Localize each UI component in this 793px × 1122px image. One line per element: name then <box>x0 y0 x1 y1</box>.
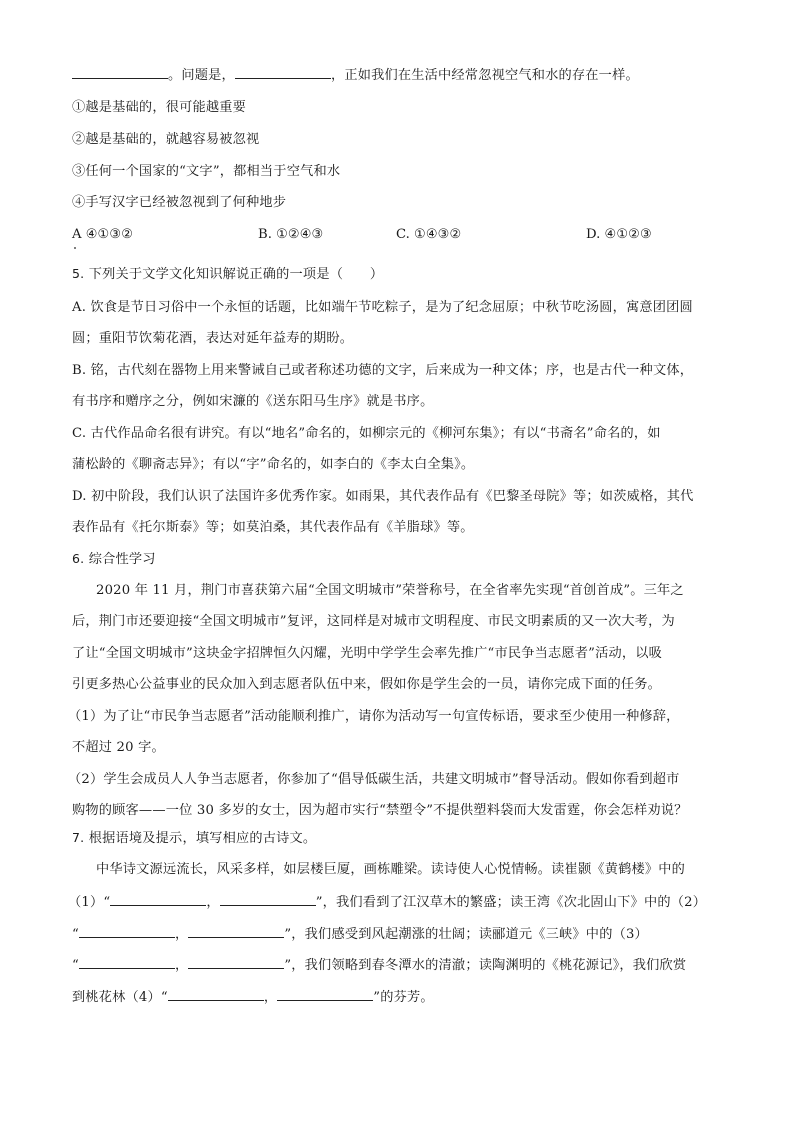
q4-sentence: 。问题是，，正如我们在生活中经常忽视空气和水的存在一样。 <box>72 66 639 85</box>
q5-option-a-line2: 圆；重阳节饮菊花酒，表达对延年益寿的期盼。 <box>72 330 353 348</box>
q6-sub1-line2: 不超过 20 字。 <box>72 739 165 757</box>
q5-option-c-line1: C. 古代作品命名很有讲究。有以“地名”命名的，如柳宗元的《柳河东集》；有以“书… <box>72 425 661 443</box>
q7-line3: “，”，我们感受到风起潮涨的壮阔；读郦道元《三峡》中的（3） <box>72 925 648 944</box>
q5-option-c-line2: 蒲松龄的《聊斋志异》；有以“字”命名的，如李白的《李太白全集》。 <box>72 456 474 474</box>
q7-line5: 到桃花林（4）“，”的芬芳。 <box>72 988 434 1007</box>
poem-blank-3a[interactable] <box>79 956 175 969</box>
q5-option-b-line2: 有书序和赠序之分，例如宋濂的《送东阳马生序》就是书序。 <box>72 393 433 411</box>
stray-dot <box>74 247 76 249</box>
q4-option-d[interactable]: D. ④①②③ <box>586 226 652 244</box>
q4-option-b[interactable]: B. ①②④③ <box>258 226 323 244</box>
q6-para-line1: 2020 年 11 月，荆门市喜获第六届“全国文明城市”荣誉称号，在全省率先实现… <box>70 582 684 600</box>
q6-para-line4: 引更多热心公益事业的民众加入到志愿者队伍中来，假如你是学生会的一员，请你完成下面… <box>72 676 661 694</box>
q6-para-line2: 后，荆门市还要迎接“全国文明城市”复评，这同样是对城市文明程度、市民文明素质的又… <box>72 613 675 631</box>
q5-option-d-line2: 表作品有《托尔斯泰》等；如莫泊桑，其代表作品有《羊脂球》等。 <box>72 519 474 537</box>
poem-blank-1a[interactable] <box>110 893 206 906</box>
q6-sub2-line1: （2）学生会成员人人争当志愿者，你参加了“倡导低碳生活，共建文明城市”督导活动。… <box>68 771 680 789</box>
q5-option-a-line1: A. 饮食是节日习俗中一个永恒的话题，比如端午节吃粽子，是为了纪念屈原；中秋节吃… <box>72 299 693 317</box>
poem-blank-4b[interactable] <box>277 988 373 1001</box>
q5-stem: 5. 下列关于文学文化知识解说正确的一项是（ ） <box>72 265 383 284</box>
q6-para-line3: 了让“全国文明城市”这块金字招牌恒久闪耀，光明中学学生会率先推广“市民争当志愿者… <box>72 645 662 663</box>
q4-option-c[interactable]: C. ①④③② <box>396 226 461 244</box>
answer-blank[interactable] <box>235 66 331 79</box>
poem-blank-4a[interactable] <box>168 988 264 1001</box>
q6-sub1-line1: （1）为了让“市民争当志愿者”活动能顺利推广，请你为活动写一句宣传标语，要求至少… <box>68 708 680 726</box>
q5-option-d-line1: D. 初中阶段，我们认识了法国许多优秀作家。如雨果，其代表作品有《巴黎圣母院》等… <box>72 488 694 506</box>
poem-blank-2a[interactable] <box>79 925 175 938</box>
poem-blank-2b[interactable] <box>188 925 284 938</box>
q4-item-2: ②越是基础的，就越容易被忽视 <box>72 131 259 149</box>
poem-blank-3b[interactable] <box>188 956 284 969</box>
q4-item-1: ①越是基础的，很可能越重要 <box>72 99 246 117</box>
answer-blank[interactable] <box>72 66 168 79</box>
q5-option-b-line1: B. 铭，古代刻在器物上用来警诫自己或者称述功德的文字，后来成为一种文体；序，也… <box>72 362 693 380</box>
q4-item-4: ④手写汉字已经被忽视到了何种地步 <box>72 194 286 212</box>
q7-stem: 7. 根据语境及提示，填写相应的古诗文。 <box>72 829 316 848</box>
q6-sub2-line2: 购物的顾客——一位 30 多岁的女士，因为超市实行“禁塑令”不提供塑料袋而大发雷… <box>72 802 688 820</box>
q7-line2: （1）“，”，我们看到了江汉草木的繁盛；读王湾《次北固山下》中的（2） <box>68 893 706 912</box>
q6-title: 6. 综合性学习 <box>72 550 156 569</box>
q4-option-a[interactable]: A ④①③② <box>72 226 133 244</box>
q7-line4: “，”，我们领略到春冬潭水的清澈；读陶渊明的《桃花源记》，我们欣赏 <box>72 956 686 975</box>
poem-blank-1b[interactable] <box>220 893 316 906</box>
q7-line1: 中华诗文源远流长，风采多样，如层楼巨厦，画栋雕梁。读诗使人心悦情畅。读崔颢《黄鹤… <box>70 861 685 879</box>
q4-item-3: ③任何一个国家的“文字”，都相当于空气和水 <box>72 163 340 181</box>
